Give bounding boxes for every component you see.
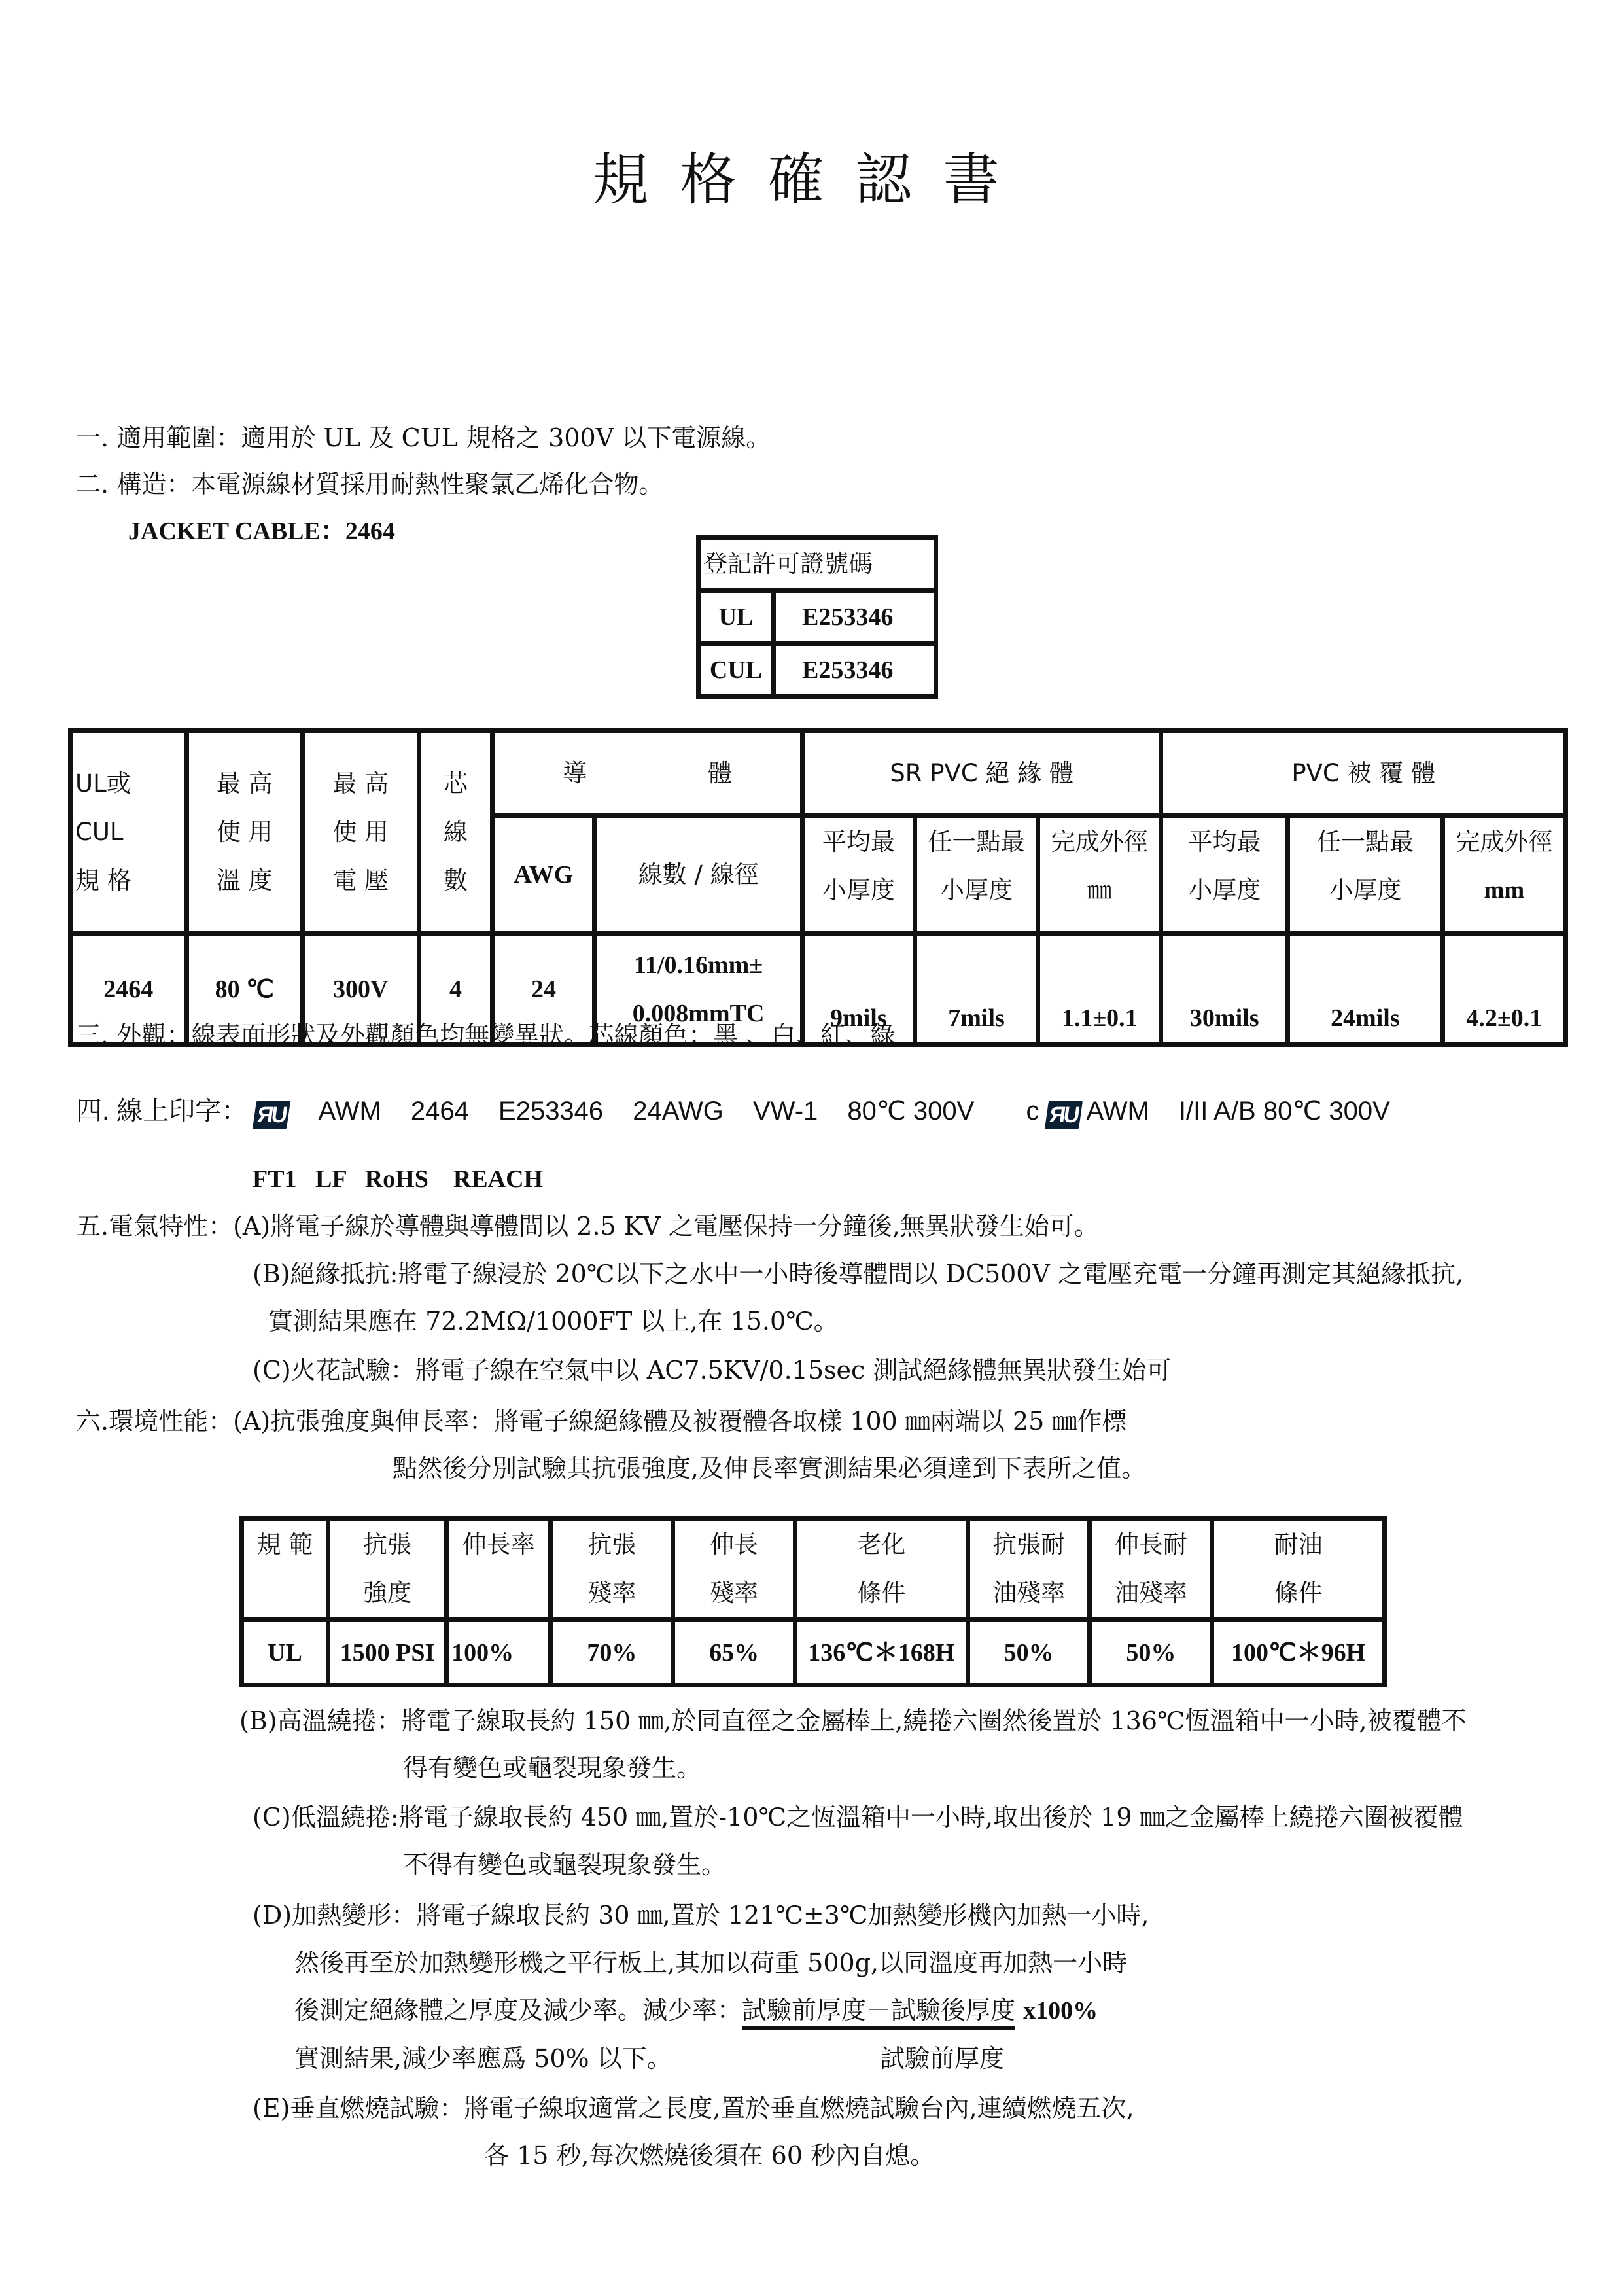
header-jacket-min: 任一點最 小厚度 xyxy=(1288,816,1443,934)
cell-text: 11/0.16mm± xyxy=(599,941,797,989)
header-text: 油殘率 xyxy=(973,1569,1085,1617)
mechanical-table: 規 範 抗張強度 伸長率 抗張殘率 伸長殘率 老化條件 抗張耐油殘率 伸長耐油殘… xyxy=(239,1516,1387,1687)
header-text: 完成外徑 xyxy=(1043,818,1156,866)
section-4-label: 四. xyxy=(76,1097,109,1125)
section-6-a-text: (A)抗張強度與伸長率：將電子線絕緣體及被覆體各取樣 100 ㎜兩端以 25 ㎜… xyxy=(233,1407,1126,1436)
header-text: 任一點最 xyxy=(920,818,1033,866)
header-text: 使 用 xyxy=(307,808,414,857)
header-text: UL或 xyxy=(75,760,182,808)
section-5-a-text: (A)將電子線於導體與導體間以 2.5 KV 之電壓保持一分鐘後,無異狀發生始可… xyxy=(233,1212,1099,1241)
header-insulation: SR PVC 絕 緣 體 xyxy=(802,731,1161,816)
section-6-e-1: (E)垂直燃燒試驗：將電子線取適當之長度,置於垂直燃燒試驗台內,連續燃燒五次, xyxy=(253,2094,1134,2123)
header-text: 強度 xyxy=(333,1569,442,1617)
mech-cell: 100℃＊96H xyxy=(1212,1620,1385,1686)
section-6-heading: 環境性能： xyxy=(109,1407,233,1436)
header-text: 線 xyxy=(424,808,488,857)
header-conductor: 導 體 xyxy=(493,731,802,816)
header-text: 老化 xyxy=(800,1521,963,1569)
header-text: 小厚度 xyxy=(807,866,910,915)
registration-header: 登記許可證號碼 xyxy=(699,538,936,591)
section-6-e-2: 各 15 秒,每次燃燒後須在 60 秒內自熄。 xyxy=(484,2141,935,2170)
mech-cell: 50% xyxy=(1090,1620,1212,1686)
header-text: 抗張 xyxy=(333,1521,442,1569)
section-5-heading: 電氣特性： xyxy=(109,1212,233,1241)
section-6-label: 六. xyxy=(76,1407,109,1436)
registration-table: 登記許可證號碼 UL E253346 CUL E253346 xyxy=(696,535,938,699)
header-text: 芯 xyxy=(424,760,488,808)
header-text: 小厚度 xyxy=(1293,866,1438,915)
header-jacket: PVC 被 覆 體 xyxy=(1161,731,1566,816)
mech-header: 伸長殘率 xyxy=(673,1519,795,1620)
header-text: 使 用 xyxy=(192,808,298,857)
section-3-label: 三. xyxy=(76,1021,109,1050)
header-jacket-od: 完成外徑 mm xyxy=(1442,816,1565,934)
mech-header: 老化條件 xyxy=(795,1519,968,1620)
section-5-a: 五.電氣特性：(A)將電子線於導體與導體間以 2.5 KV 之電壓保持一分鐘後,… xyxy=(76,1212,1099,1241)
mech-cell: 1500 PSI xyxy=(328,1620,446,1686)
section-6-a-1: 六.環境性能：(A)抗張強度與伸長率：將電子線絕緣體及被覆體各取樣 100 ㎜兩… xyxy=(76,1407,1126,1436)
header-text: mm xyxy=(1448,866,1561,915)
marking-token: VW-1 xyxy=(753,1097,818,1125)
spec-table: UL或 CUL 規 格 最 高 使 用 溫 度 最 高 使 用 電 壓 芯 線 … xyxy=(68,728,1568,1047)
document-title: 規格確認書 xyxy=(0,134,1623,215)
mech-header: 伸長耐油殘率 xyxy=(1090,1519,1212,1620)
marking-token: 24AWG xyxy=(633,1097,724,1125)
header-text: 條件 xyxy=(800,1569,963,1617)
marking-token: AWM xyxy=(1087,1097,1149,1125)
header-text: 溫 度 xyxy=(192,857,298,905)
header-text: 伸長耐 xyxy=(1094,1521,1207,1569)
header-text: 數 xyxy=(424,857,488,905)
registration-standard: UL xyxy=(699,591,774,644)
mech-header: 抗張耐油殘率 xyxy=(968,1519,1090,1620)
section-6-b-1: (B)高溫繞捲：將電子線取長約 150 ㎜,於同直徑之金屬棒上,繞捲六圈然後置於… xyxy=(239,1706,1467,1735)
marking-token: I/II A/B 80℃ 300V xyxy=(1179,1097,1390,1125)
section-2-text: 構造：本電源線材質採用耐熱性聚氯乙烯化合物。 xyxy=(116,470,663,499)
header-text: 電 壓 xyxy=(307,857,414,905)
header-text: 殘率 xyxy=(555,1569,668,1617)
formula-numerator: 試驗前厚度－試驗後厚度 xyxy=(742,1996,1015,2030)
section-6-c-1: (C)低溫繞捲:將電子線取長約 450 ㎜,置於-10℃之恆溫箱中一小時,取出後… xyxy=(253,1803,1463,1831)
registration-number: E253346 xyxy=(774,644,936,697)
cell-jacket-avg: 30mils xyxy=(1161,934,1288,1045)
header-jacket-avg: 平均最 小厚度 xyxy=(1161,816,1288,934)
header-text: 伸長率 xyxy=(451,1521,546,1569)
section-6-d-2: 然後再至於加熱變形機之平行板上,其加以荷重 500g,以同溫度再加熱一小時 xyxy=(294,1949,1127,1977)
marking-token: E253346 xyxy=(498,1097,603,1125)
section-6-c-2: 不得有變色或龜裂現象發生。 xyxy=(403,1850,726,1879)
header-text: 平均最 xyxy=(1166,818,1283,866)
header-text: 完成外徑 xyxy=(1448,818,1561,866)
section-5-b-2: 實測結果應在 72.2MΩ/1000FT 以上,在 15.0℃。 xyxy=(268,1307,839,1335)
section-6-d-3: 後測定絕緣體之厚度及減少率。減少率：試驗前厚度－試驗後厚度 x100% xyxy=(294,1996,1098,2025)
marking-token: 80℃ 300V xyxy=(847,1097,974,1125)
registration-standard: CUL xyxy=(699,644,774,697)
section-1: 一. 適用範圍：適用於 UL 及 CUL 規格之 300V 以下電源線。 xyxy=(76,423,771,452)
section-5-b-1: (B)絕緣抵抗:將電子線浸於 20℃以下之水中一小時後導體間以 DC500V 之… xyxy=(253,1260,1463,1288)
header-cores: 芯 線 數 xyxy=(419,731,493,934)
header-text: 伸長 xyxy=(678,1521,790,1569)
header-text: 條件 xyxy=(1217,1569,1380,1617)
section-6-d-1: (D)加熱變形：將電子線取長約 30 ㎜,置於 121℃±3℃加熱變形機內加熱一… xyxy=(253,1901,1149,1930)
section-6-b-2: 得有變色或龜裂現象發生。 xyxy=(403,1754,701,1782)
cul-logo-icon: ЯU xyxy=(1045,1101,1083,1129)
header-insulation-min: 任一點最 小厚度 xyxy=(915,816,1038,934)
header-text: 小厚度 xyxy=(1166,866,1283,915)
header-text: 平均最 xyxy=(807,818,910,866)
marking-token: 2464 xyxy=(411,1097,469,1125)
header-max-temp: 最 高 使 用 溫 度 xyxy=(186,731,303,934)
cell-jacket-od: 4.2±0.1 xyxy=(1442,934,1565,1045)
section-1-text: 適用範圍：適用於 UL 及 CUL 規格之 300V 以下電源線。 xyxy=(116,423,771,452)
header-text: 規 範 xyxy=(247,1521,323,1569)
section-2: 二. 構造：本電源線材質採用耐熱性聚氯乙烯化合物。 xyxy=(76,470,663,499)
mech-cell: 136℃＊168H xyxy=(795,1620,968,1686)
section-1-label: 一. xyxy=(76,423,109,452)
mech-header: 抗張殘率 xyxy=(551,1519,673,1620)
mech-header: 規 範 xyxy=(242,1519,328,1620)
mech-header: 伸長率 xyxy=(447,1519,551,1620)
header-insulation-avg: 平均最 小厚度 xyxy=(802,816,915,934)
header-text: ㎜ xyxy=(1043,866,1156,915)
header-insulation-od: 完成外徑 ㎜ xyxy=(1038,816,1161,934)
header-text: CUL xyxy=(75,808,182,857)
cell-insulation-min: 7mils xyxy=(915,934,1038,1045)
marking-line-2: FT1 LF RoHS REACH xyxy=(253,1165,543,1193)
mech-cell: UL xyxy=(242,1620,328,1686)
jacket-cable: JACKET CABLE：2464 xyxy=(128,517,395,546)
cell-jacket-min: 24mils xyxy=(1288,934,1443,1045)
header-text: 抗張 xyxy=(555,1521,668,1569)
header-awg: AWG xyxy=(493,816,595,934)
section-5-c: (C)火花試驗：將電子線在空氣中以 AC7.5KV/0.15sec 測試絕緣體無… xyxy=(253,1356,1171,1385)
registration-number: E253346 xyxy=(774,591,936,644)
mech-header: 耐油條件 xyxy=(1212,1519,1385,1620)
section-2-label: 二. xyxy=(76,470,109,499)
marking-token: AWM xyxy=(319,1097,381,1125)
section-3-text: 外觀：線表面形狀及外觀顏色均無變異狀。芯線顏色：黑 、白、紅、綠 xyxy=(116,1021,895,1050)
formula-multiplier: x100% xyxy=(1023,1997,1098,2024)
section-3: 三. 外觀：線表面形狀及外觀顏色均無變異狀。芯線顏色：黑 、白、紅、綠 xyxy=(76,1021,895,1050)
header-text: 油殘率 xyxy=(1094,1569,1207,1617)
cell-insulation-od: 1.1±0.1 xyxy=(1038,934,1161,1045)
section-4-prefix: 線上印字： xyxy=(116,1096,247,1126)
header-text: 耐油 xyxy=(1217,1521,1380,1569)
mech-cell: 65% xyxy=(673,1620,795,1686)
mech-cell: 50% xyxy=(968,1620,1090,1686)
section-6-a-2: 點然後分別試驗其抗張強度,及伸長率實測結果必須達到下表所之值。 xyxy=(393,1454,1146,1483)
mech-header: 抗張強度 xyxy=(328,1519,446,1620)
mech-cell: 70% xyxy=(551,1620,673,1686)
reduction-rate-label: 後測定絕緣體之厚度及減少率。減少率： xyxy=(294,1996,742,2024)
formula-denominator: 試驗前厚度 xyxy=(880,2044,1004,2073)
c-prefix: c xyxy=(1026,1097,1039,1125)
section-5-label: 五. xyxy=(76,1212,109,1241)
section-6-d-4: 實測結果,減少率應爲 50% 以下。 xyxy=(294,2044,672,2073)
header-text: 殘率 xyxy=(678,1569,790,1617)
header-max-voltage: 最 高 使 用 電 壓 xyxy=(303,731,419,934)
header-text: 抗張耐 xyxy=(973,1521,1085,1569)
header-text: 小厚度 xyxy=(920,866,1033,915)
header-text: 最 高 xyxy=(307,760,414,808)
section-4: 四. 線上印字： ЯU AWM 2464 E253346 24AWG VW-1 … xyxy=(76,1097,1390,1129)
header-text: 規 格 xyxy=(75,857,182,905)
header-text: 最 高 xyxy=(192,760,298,808)
header-text: 任一點最 xyxy=(1293,818,1438,866)
header-strand: 線數 / 線徑 xyxy=(595,816,802,934)
ul-logo-icon: ЯU xyxy=(253,1101,290,1129)
mech-cell: 100% xyxy=(447,1620,551,1686)
header-standard: UL或 CUL 規 格 xyxy=(71,731,187,934)
